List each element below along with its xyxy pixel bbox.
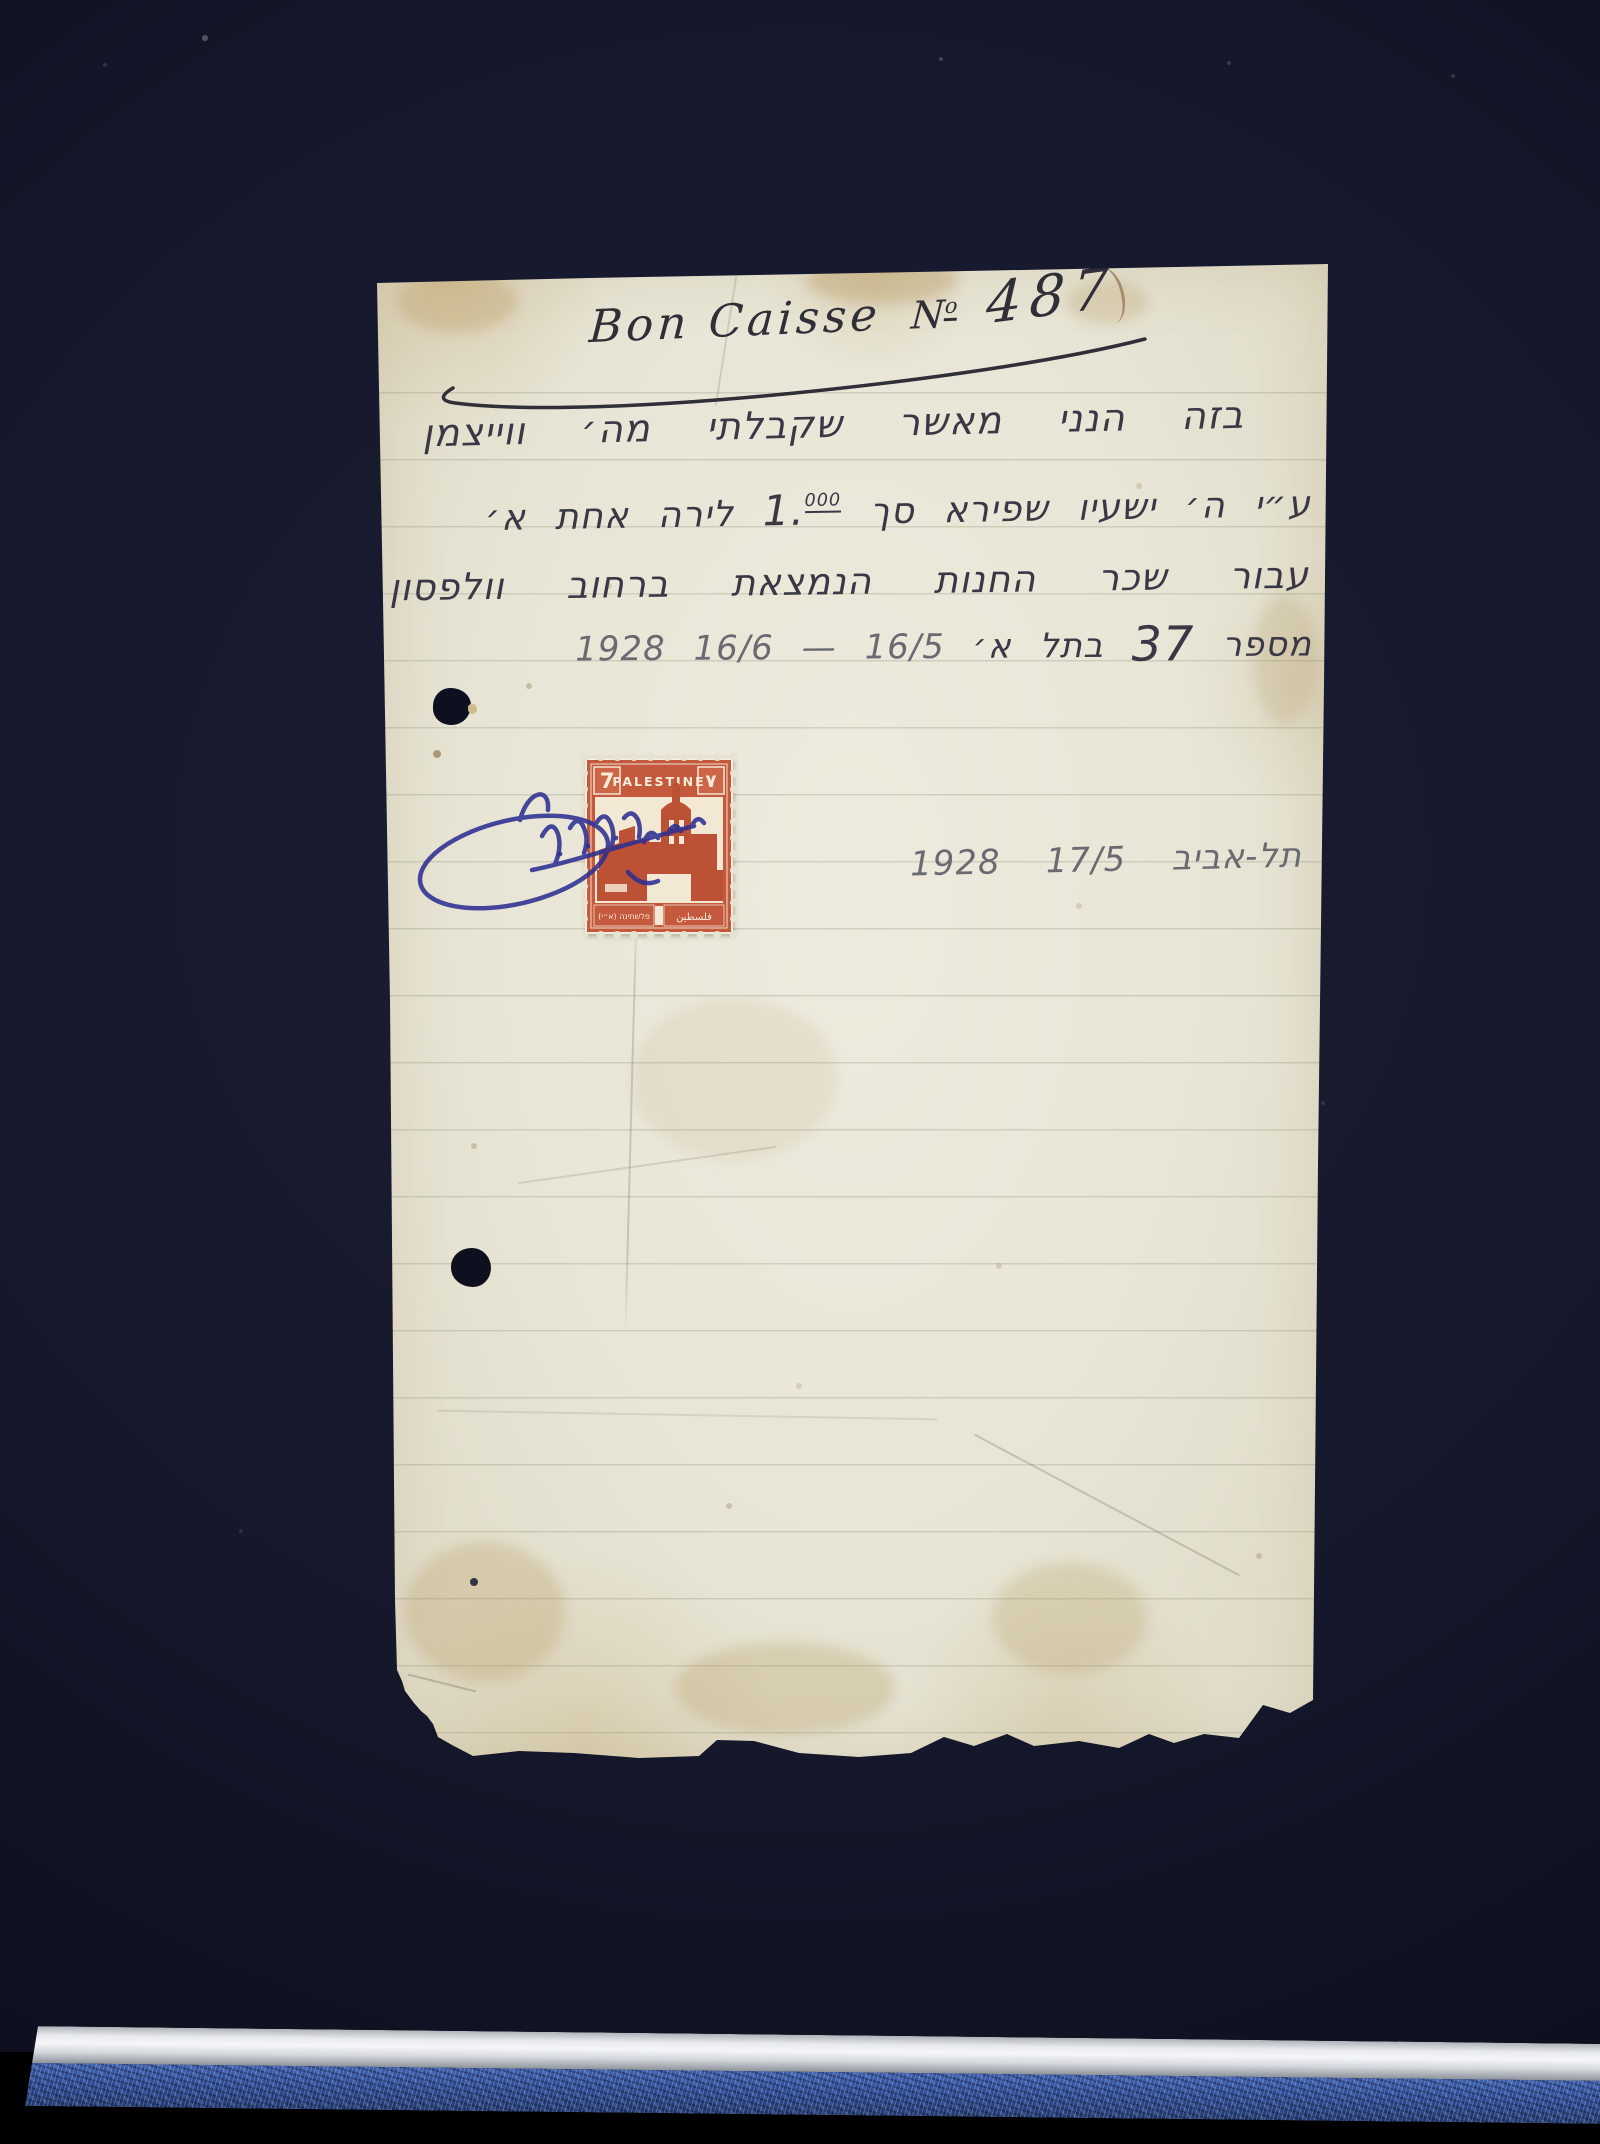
- handwritten-word: מספר: [1222, 624, 1312, 665]
- handwritten-word: א׳: [485, 497, 527, 539]
- handwritten-word: ע״י: [1254, 484, 1312, 526]
- handwritten-word: 1928: [910, 842, 1001, 884]
- handwritten-word: מאשר: [898, 398, 1003, 444]
- receipt-document: Bon Caisse No 487 בזההננימאשרשקבלתימה׳וו…: [377, 264, 1329, 1764]
- crease: [437, 1410, 937, 1421]
- handwritten-word: הנמצאת: [731, 560, 873, 605]
- handwritten-word: 16/6: [693, 628, 774, 669]
- handwritten-word: —: [802, 628, 837, 668]
- crease: [624, 904, 637, 1334]
- handwritten-word: 1.000: [762, 485, 842, 535]
- handwritten-word: 17/5: [1045, 840, 1126, 882]
- number-abbrev: No: [910, 292, 959, 338]
- handwritten-word: א׳: [973, 627, 1012, 667]
- stain: [992, 1562, 1147, 1674]
- signature: [392, 776, 722, 936]
- handwritten-word: בתל: [1039, 626, 1104, 666]
- handwritten-word: אחת: [554, 496, 629, 538]
- handwritten-word: החנות: [933, 557, 1036, 601]
- handwritten-word: ברחוב: [566, 563, 670, 607]
- handwritten-word: שקבלתי: [706, 402, 844, 449]
- handwritten-word: וולפסון: [389, 565, 505, 610]
- handwritten-word: שכר: [1098, 556, 1168, 600]
- handwritten-word: 16/5: [864, 627, 945, 668]
- stain: [405, 1542, 565, 1682]
- punch-hole-top: [433, 688, 471, 725]
- handwritten-word: עבור: [1229, 554, 1309, 598]
- handwritten-word: תל-אביב: [1171, 836, 1302, 879]
- stain: [632, 999, 837, 1159]
- receipt-line-2: ע״יה׳ישעיושפיראסך1.000לירהאחתא׳: [485, 477, 1312, 540]
- handwritten-word: מה׳: [581, 406, 651, 452]
- stain: [675, 1642, 895, 1734]
- title-text: Bon Caisse: [588, 288, 883, 353]
- handwritten-word: 1928: [575, 629, 666, 670]
- dust-specks: [0, 0, 2, 2]
- crease: [974, 1434, 1240, 1577]
- handwritten-word: בזה: [1180, 393, 1244, 438]
- handwritten-word: ישעיו: [1077, 486, 1157, 528]
- receipt-line-4: מספר37בתלא׳16/5—16/61928: [575, 611, 1312, 672]
- handwritten-word: סך: [870, 491, 915, 533]
- handwritten-word: לירה: [657, 494, 734, 536]
- handwritten-word: הנני: [1057, 395, 1126, 441]
- handwritten-word: 37: [1131, 616, 1194, 672]
- receipt-line-3: עבורשכרהחנותהנמצאתברחובוולפסון: [389, 554, 1310, 610]
- handwritten-word: ה׳: [1185, 485, 1226, 527]
- handwritten-word: שפירא: [943, 488, 1049, 531]
- stamp-album-scan: Bon Caisse No 487 בזההננימאשרשקבלתימה׳וו…: [0, 0, 1600, 2144]
- place-date-line: תל-אביב17/51928: [910, 836, 1303, 885]
- punch-hole-bottom: [451, 1248, 491, 1287]
- handwritten-word: ווייצמן: [422, 409, 526, 455]
